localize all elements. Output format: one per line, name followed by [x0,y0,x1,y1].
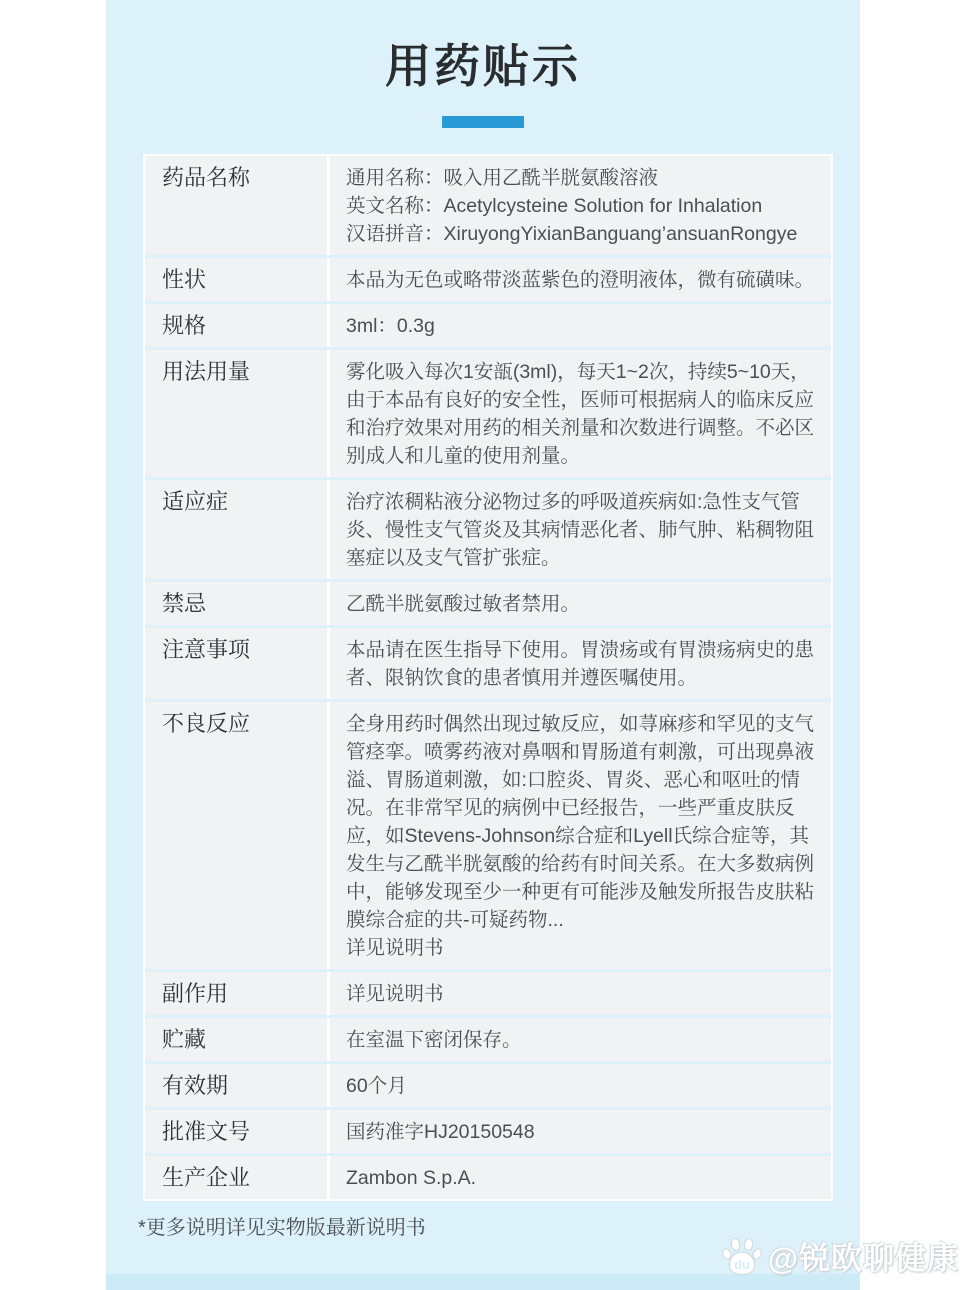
content-panel: 用药贴示 药品名称 通用名称：吸入用乙酰半胱氨酸溶液英文名称：Acetylcys… [106,0,860,1290]
cell-text-line: 本品为无色或略带淡蓝紫色的澄明液体，微有硫磺味。 [346,266,819,294]
cell-text-line: Zambon S.p.A. [346,1164,819,1192]
row-content: 3ml：0.3g [330,304,831,347]
row-label: 药品名称 [145,156,327,255]
row-label: 禁忌 [145,582,327,625]
row-content: 国药准字HJ20150548 [330,1110,831,1153]
cell-text-line: 英文名称：Acetylcysteine Solution for Inhalat… [346,192,819,220]
table-row: 禁忌 乙酰半胱氨酸过敏者禁用。 [145,582,831,625]
row-label: 贮藏 [145,1018,327,1061]
page-title: 用药贴示 [106,30,860,96]
cell-text-line: 全身用药时偶然出现过敏反应，如荨麻疹和罕见的支气管痉挛。喷雾药液对鼻咽和胃肠道有… [346,710,819,934]
row-content: Zambon S.p.A. [330,1156,831,1199]
cell-text-line: 3ml：0.3g [346,312,819,340]
cell-text-line: 本品请在医生指导下使用。胃溃疡或有胃溃疡病史的患者、限钠饮食的患者慎用并遵医嘱使… [346,636,819,692]
watermark: du @锐欧聊健康 [722,1233,959,1278]
title-underline [442,116,524,128]
drug-info-table: 药品名称 通用名称：吸入用乙酰半胱氨酸溶液英文名称：Acetylcysteine… [143,154,833,1201]
cell-text-line: 详见说明书 [346,980,819,1008]
table-row: 贮藏 在室温下密闭保存。 [145,1018,831,1061]
row-content: 本品为无色或略带淡蓝紫色的澄明液体，微有硫磺味。 [330,258,831,301]
table-row: 规格 3ml：0.3g [145,304,831,347]
cell-text-line: 雾化吸入每次1安瓿(3ml)，每天1~2次，持续5~10天，由于本品有良好的安全… [346,358,819,470]
row-content: 雾化吸入每次1安瓿(3ml)，每天1~2次，持续5~10天，由于本品有良好的安全… [330,350,831,477]
cell-text-line: 汉语拼音：XiruyongYixianBanguang’ansuanRongye [346,220,819,248]
table-row: 性状 本品为无色或略带淡蓝紫色的澄明液体，微有硫磺味。 [145,258,831,301]
row-content: 在室温下密闭保存。 [330,1018,831,1061]
table-row: 有效期 60个月 [145,1064,831,1107]
table-row: 适应症 治疗浓稠粘液分泌物过多的呼吸道疾病如:急性支气管炎、慢性支气管炎及其病情… [145,480,831,579]
cell-text-line: 通用名称：吸入用乙酰半胱氨酸溶液 [346,164,819,192]
svg-text:du: du [734,1257,750,1272]
row-label: 规格 [145,304,327,347]
table-row: 用法用量 雾化吸入每次1安瓿(3ml)，每天1~2次，持续5~10天，由于本品有… [145,350,831,477]
row-label: 注意事项 [145,628,327,699]
cell-text-line: 在室温下密闭保存。 [346,1026,819,1054]
row-label: 副作用 [145,972,327,1015]
row-label: 生产企业 [145,1156,327,1199]
row-label: 不良反应 [145,702,327,969]
cell-text-line: 详见说明书 [346,934,819,962]
cell-text-line: 60个月 [346,1072,819,1100]
row-content: 全身用药时偶然出现过敏反应，如荨麻疹和罕见的支气管痉挛。喷雾药液对鼻咽和胃肠道有… [330,702,831,969]
table-row: 生产企业 Zambon S.p.A. [145,1156,831,1199]
table-row: 药品名称 通用名称：吸入用乙酰半胱氨酸溶液英文名称：Acetylcysteine… [145,156,831,255]
cell-text-line: 治疗浓稠粘液分泌物过多的呼吸道疾病如:急性支气管炎、慢性支气管炎及其病情恶化者、… [346,488,819,572]
row-content: 通用名称：吸入用乙酰半胱氨酸溶液英文名称：Acetylcysteine Solu… [330,156,831,255]
table-row: 副作用 详见说明书 [145,972,831,1015]
row-content: 详见说明书 [330,972,831,1015]
cell-text-line: 乙酰半胱氨酸过敏者禁用。 [346,590,819,618]
row-label: 批准文号 [145,1110,327,1153]
table-row: 不良反应 全身用药时偶然出现过敏反应，如荨麻疹和罕见的支气管痉挛。喷雾药液对鼻咽… [145,702,831,969]
row-content: 本品请在医生指导下使用。胃溃疡或有胃溃疡病史的患者、限钠饮食的患者慎用并遵医嘱使… [330,628,831,699]
row-content: 乙酰半胱氨酸过敏者禁用。 [330,582,831,625]
row-content: 60个月 [330,1064,831,1107]
row-label: 适应症 [145,480,327,579]
table-row: 批准文号 国药准字HJ20150548 [145,1110,831,1153]
table-row: 注意事项 本品请在医生指导下使用。胃溃疡或有胃溃疡病史的患者、限钠饮食的患者慎用… [145,628,831,699]
row-label: 用法用量 [145,350,327,477]
watermark-handle: @锐欧聊健康 [768,1233,959,1278]
cell-text-line: 国药准字HJ20150548 [346,1118,819,1146]
row-label: 性状 [145,258,327,301]
page: 用药贴示 药品名称 通用名称：吸入用乙酰半胱氨酸溶液英文名称：Acetylcys… [0,0,967,1290]
row-content: 治疗浓稠粘液分泌物过多的呼吸道疾病如:急性支气管炎、慢性支气管炎及其病情恶化者、… [330,480,831,579]
row-label: 有效期 [145,1064,327,1107]
baidu-paw-icon: du [722,1236,762,1276]
